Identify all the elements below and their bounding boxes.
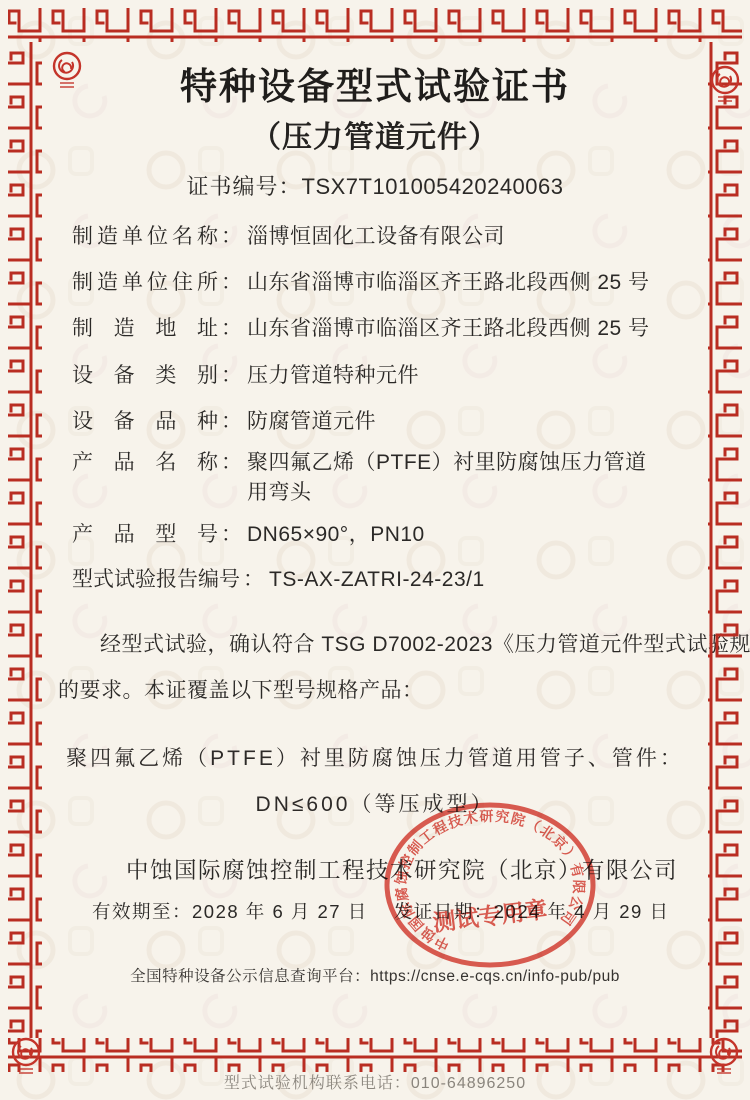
corner-seal-emblem-icon [54,53,80,87]
test-seal-stamp: 中蚀国际腐蚀控制工程技术研究院（北京）有限公司 测试专用章 [380,798,600,973]
svg-text:中蚀国际腐蚀控制工程技术研究院（北京）有限公司: 中蚀国际腐蚀控制工程技术研究院（北京）有限公司 [393,808,588,954]
stamp-center-text: 测试专用章 [431,896,548,936]
certificate-page: 特种设备型式试验证书 （压力管道元件） 证书编号：TSX7T1010054202… [0,0,750,1100]
meander-border-frame [0,0,750,1100]
stamp-ring-text: 中蚀国际腐蚀控制工程技术研究院（北京）有限公司 [393,808,588,954]
